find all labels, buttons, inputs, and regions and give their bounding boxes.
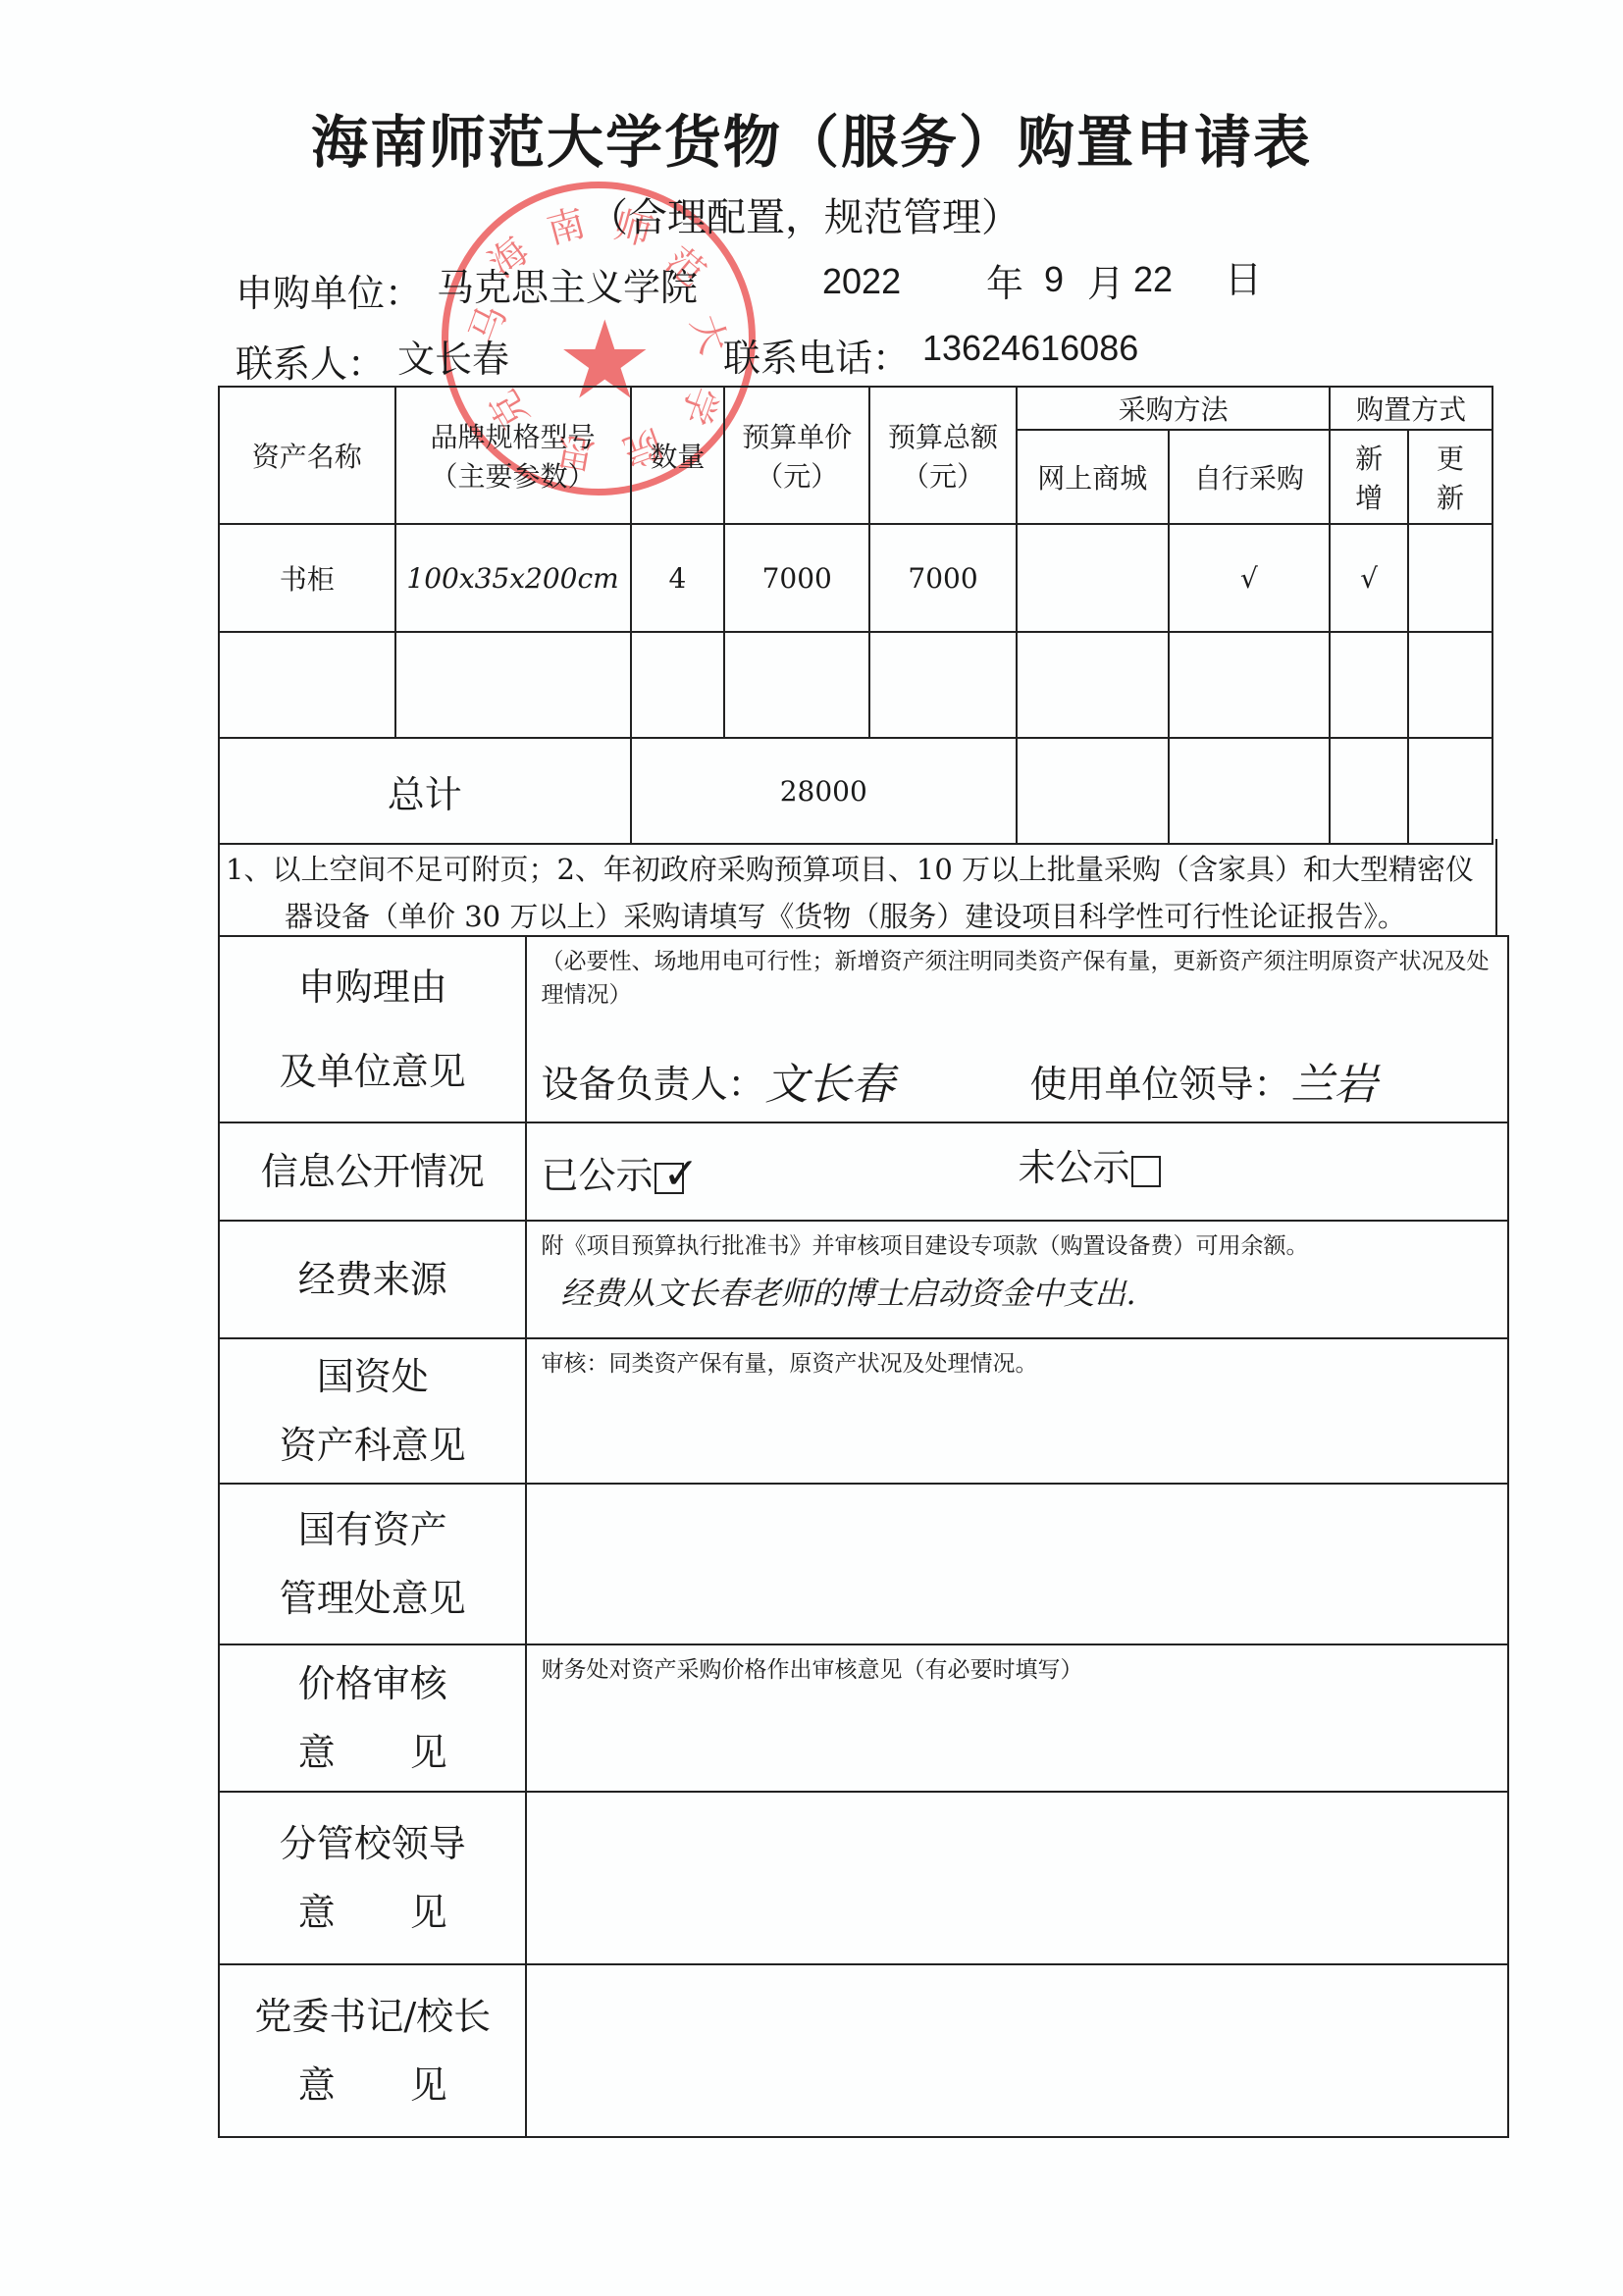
section-disclosure: 信息公开情况 已公示✓ 未公示 [219,1122,1508,1221]
cell-new-add-check[interactable]: √ [1330,524,1408,632]
form-title: 海南师范大学货物（服务）购置申请表 [0,96,1623,179]
section-state-asset: 国有资产 管理处意见 [219,1484,1508,1644]
header-brand-spec: 品牌规格型号 （主要参数） [395,387,631,524]
approval-table: 申购理由 及单位意见 （必要性、场地用电可行性；新增资产须注明同类资产保有量，更… [218,935,1509,2138]
cell-asset-name[interactable] [219,632,395,738]
header-self-purchase: 自行采购 [1169,430,1331,524]
cell-online-mall[interactable] [1017,524,1169,632]
cell-self-purchase-check[interactable]: √ [1169,524,1331,632]
date-year: 2022 [822,261,901,302]
contact-value: 文长春 [397,329,509,383]
section-vice-leader: 分管校领导 意 见 [219,1792,1508,1964]
table-row: 书柜 100x35x200cm 4 7000 7000 √ √ [219,524,1492,632]
contact-label: 联系人： [236,334,385,388]
header-unit-price: 预算单价 （元） [724,387,869,524]
applicant-unit-label: 申购单位： [236,263,422,317]
items-table: 资产名称 品牌规格型号 （主要参数） 数量 预算单价 （元） 预算总额 （元） … [218,386,1493,845]
date-month-label: 月 [1087,253,1125,307]
date-day: 22 [1133,259,1173,300]
cell-brand-spec[interactable]: 100x35x200cm [395,524,631,632]
header-total-price: 预算总额 （元） [869,387,1017,524]
cell-new-add[interactable] [1330,632,1408,738]
total-row: 总计 28000 [219,738,1492,844]
cell-total-price[interactable] [869,632,1017,738]
date-month: 9 [1044,259,1064,300]
phone-value: 13624616086 [922,328,1138,369]
total-value[interactable]: 28000 [631,738,1017,844]
cell-quantity[interactable] [631,632,725,738]
section-party-president: 党委书记/校长 意 见 [219,1964,1508,2137]
header-quantity: 数量 [631,387,725,524]
cell-online-mall[interactable] [1017,632,1169,738]
cell-renew[interactable] [1408,524,1492,632]
section-price-review: 价格审核 意 见 财务处对资产采购价格作出审核意见（有必要时填写） [219,1644,1508,1792]
published-option[interactable]: 已公示✓ [541,1154,699,1197]
cell-unit-price[interactable] [724,632,869,738]
cell-asset-name[interactable]: 书柜 [219,524,395,632]
reason-hint: （必要性、场地用电可行性；新增资产须注明同类资产保有量，更新资产须注明原资产状况… [541,945,1493,1012]
cell-quantity[interactable]: 4 [631,524,725,632]
header-asset-name: 资产名称 [219,387,395,524]
cell-self-purchase[interactable] [1169,632,1331,738]
form-subtitle: （合理配置，规范管理） [589,186,1021,242]
section-funding: 经费来源 附《项目预算执行批准书》并审核项目建设专项款（购置设备费）可用余额。 … [219,1221,1508,1338]
cell-unit-price[interactable]: 7000 [724,524,869,632]
cell-brand-spec[interactable] [395,632,631,738]
section-reason: 申购理由 及单位意见 （必要性、场地用电可行性；新增资产须注明同类资产保有量，更… [219,936,1508,1122]
header-new-add: 新 增 [1330,430,1408,524]
total-label: 总计 [219,738,631,844]
table-row [219,632,1492,738]
header-online-mall: 网上商城 [1017,430,1169,524]
check-icon: ✓ [662,1149,699,1199]
unpublished-option[interactable]: 未公示 [1018,1137,1161,1191]
cell-total-price[interactable]: 7000 [869,524,1017,632]
unit-leader-signature[interactable]: 兰岩 [1290,1049,1377,1112]
header-renew: 更 新 [1408,430,1492,524]
header-purchase-type: 购置方式 [1330,387,1492,430]
equipment-owner-signature[interactable]: 文长春 [764,1049,1029,1112]
date-day-label: 日 [1225,249,1262,303]
section-asset-dept: 国资处 资产科意见 审核：同类资产保有量，原资产状况及处理情况。 [219,1338,1508,1484]
unit-leader-label: 使用单位领导： [1029,1054,1290,1108]
cell-renew[interactable] [1408,632,1492,738]
header-procurement-method: 采购方法 [1017,387,1330,430]
equipment-owner-label: 设备负责人： [541,1054,764,1108]
applicant-unit-value: 马克思主义学院 [437,257,698,311]
phone-label: 联系电话： [723,328,910,382]
date-year-label: 年 [986,253,1023,307]
unpublished-checkbox[interactable] [1131,1156,1161,1187]
funding-handwritten[interactable]: 经费从文长春老师的博士启动资金中支出. [541,1269,1493,1314]
